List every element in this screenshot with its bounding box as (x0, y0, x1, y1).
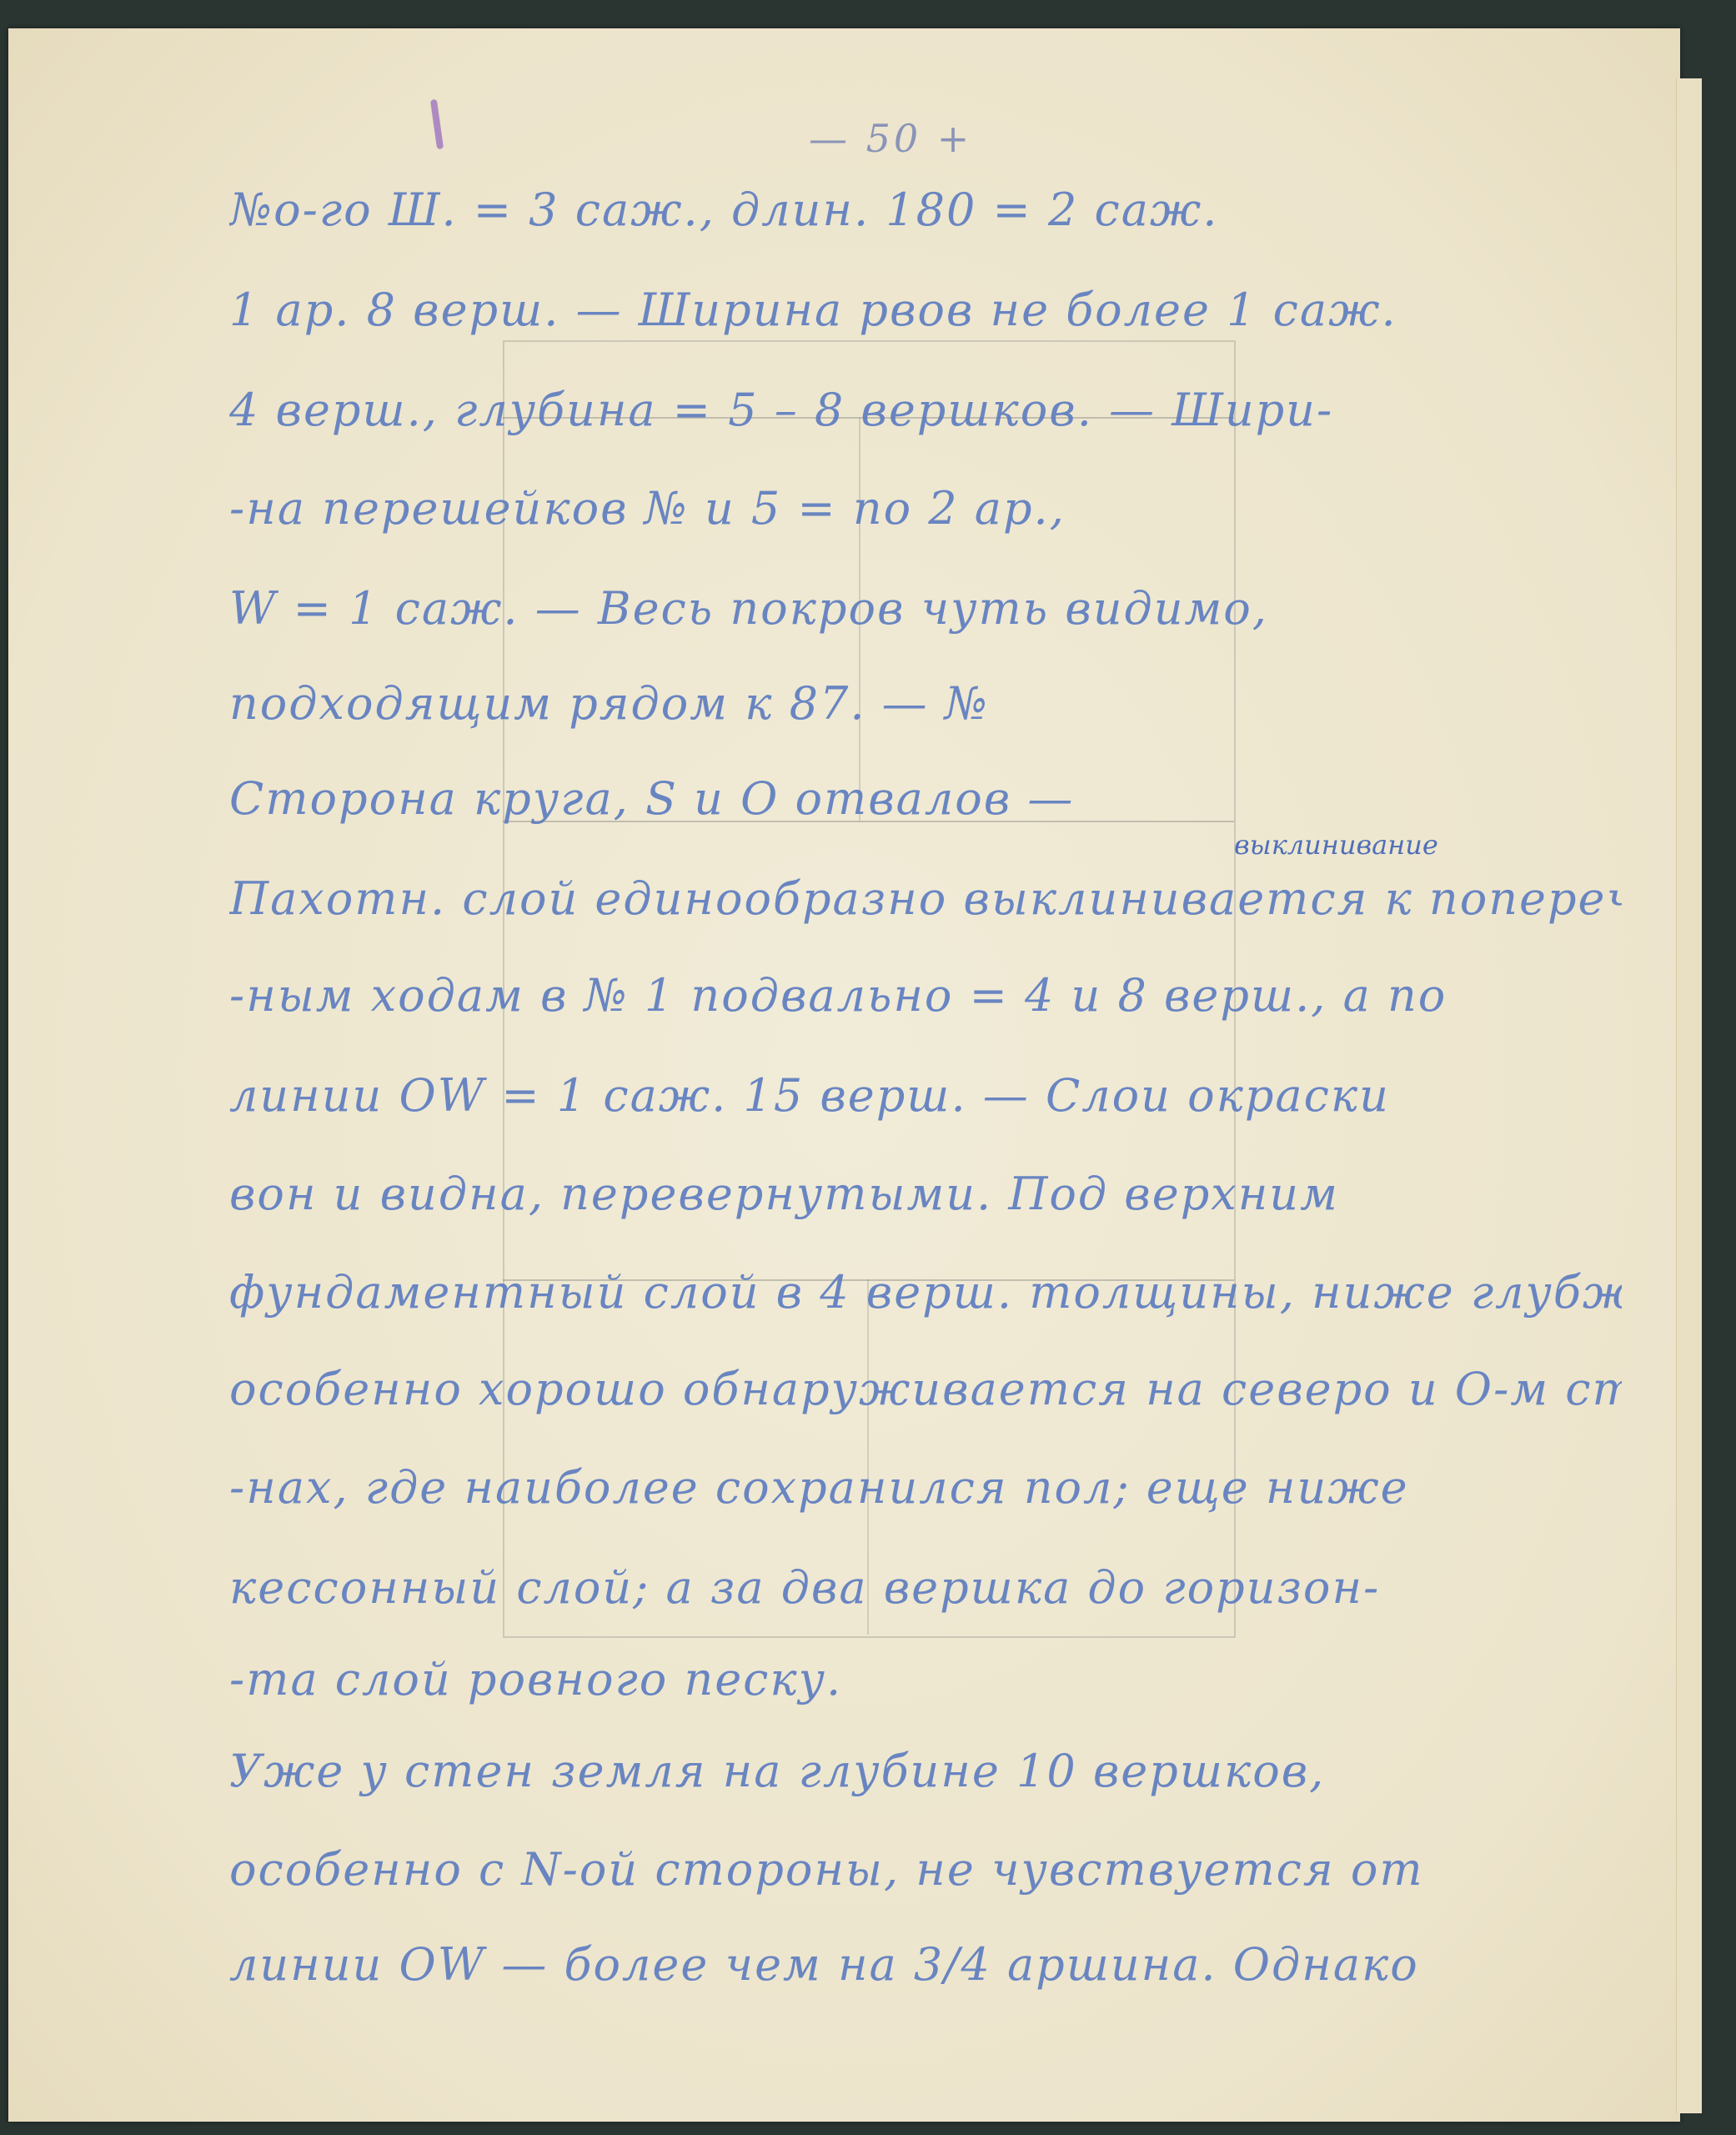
text-line: фундаментный слой в 4 верш. толщины, ниж… (229, 1266, 1622, 1319)
paper-edge (1676, 78, 1702, 2113)
text-line: Сторона круга, S и O отвалов — (229, 772, 1622, 825)
text-line: -ным ходам в № 1 подвально = 4 и 8 верш.… (229, 969, 1622, 1022)
text-line: -нах, где наиболее сохранился пол; еще н… (229, 1461, 1622, 1514)
text-line: особенно хорошо обнаруживается на северо… (229, 1363, 1622, 1415)
text-line: подходящим рядом к 87. — № (229, 677, 1622, 730)
text-line: Уже у стен земля на глубине 10 вершков, (229, 1745, 1622, 1797)
text-line: линии OW = 1 саж. 15 верш. — Слои окраск… (229, 1069, 1622, 1122)
text-line: -та слой ровного песку. (229, 1653, 1622, 1705)
text-line: особенно с N-ой стороны, не чувствуется … (229, 1843, 1622, 1896)
text-line: 4 верш., глубина = 5 – 8 вершков. — Шири… (229, 384, 1622, 436)
text-line: -на перешейков № и 5 = по 2 ар., (229, 482, 1622, 535)
page-number: — 50 + (809, 116, 972, 161)
manuscript-page: — 50 + №о-го Ш. = 3 саж., длин. 180 = 2 … (8, 28, 1680, 2122)
text-line: 1 ар. 8 верш. — Ширина рвов не более 1 с… (229, 284, 1622, 336)
text-line: Пахотн. слой единообразно выклинивается … (229, 872, 1622, 925)
archival-mark (430, 99, 444, 150)
text-line: №о-го Ш. = 3 саж., длин. 180 = 2 саж. (229, 183, 1622, 236)
text-line: линии OW — более чем на 3/4 аршина. Одна… (229, 1938, 1622, 1991)
text-line: вон и видна, перевернутыми. Под верхним (229, 1168, 1622, 1220)
interlinear-insertion: выклинивание (1234, 829, 1438, 861)
text-line: кессонный слой; а за два вершка до гориз… (229, 1561, 1622, 1614)
text-line: W = 1 саж. — Весь покров чуть видимо, (229, 582, 1622, 635)
